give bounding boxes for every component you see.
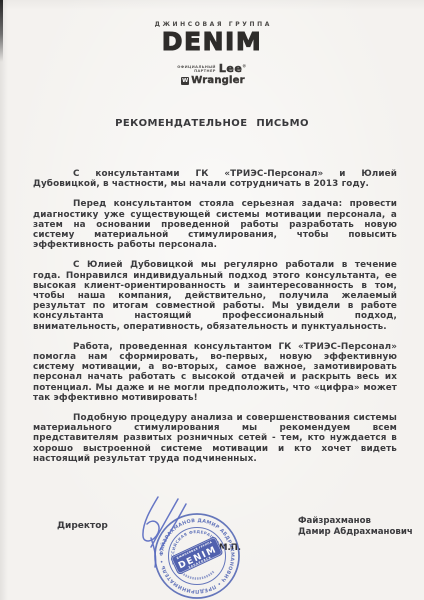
lee-registered-mark: ® xyxy=(242,63,247,68)
paragraph: Подобную процедуру анализа и совершенств… xyxy=(33,413,397,464)
wrangler-logo: W Wrangler xyxy=(181,76,245,86)
wrangler-logo-text: Wrangler xyxy=(191,76,245,86)
signer-name: Файзрахманов Дамир Абдрахманович xyxy=(298,516,413,538)
denim-logo: DENIM xyxy=(0,29,424,54)
lee-logo-text: Lee xyxy=(219,62,242,75)
signer-name-line2: Дамир Абдрахманович xyxy=(298,527,413,538)
paragraph: С консультантами ГК «ТРИЭС-Персонал» и Ю… xyxy=(33,169,397,189)
signer-name-line1: Файзрахманов xyxy=(298,516,413,527)
official-partner-line1: ОФИЦИАЛЬНЫЙ xyxy=(177,65,216,69)
letter-body: С консультантами ГК «ТРИЭС-Персонал» и Ю… xyxy=(33,169,397,464)
director-label: Директор xyxy=(57,521,108,531)
letterhead: ДЖИНСОВАЯ ГРУППА DENIM ОФИЦИАЛЬНЫЙ ПАРТН… xyxy=(0,0,424,86)
paragraph: С Юлией Дубовицкой мы регулярно работали… xyxy=(33,260,397,331)
official-partner-label: ОФИЦИАЛЬНЫЙ ПАРТНЕР xyxy=(177,65,216,73)
wrangler-flag-icon: W xyxy=(181,77,189,85)
letter-page: ДЖИНСОВАЯ ГРУППА DENIM ОФИЦИАЛЬНЫЙ ПАРТН… xyxy=(0,0,424,600)
director-signature xyxy=(118,489,200,575)
paragraph: Работа, проведенная консультантом ГК «ТР… xyxy=(33,342,397,403)
letter-title: РЕКОМЕНДАТЕЛЬНОЕ ПИСЬМО xyxy=(0,118,424,129)
official-partner-line2: ПАРТНЕР xyxy=(177,69,216,73)
scan-edge-artifact xyxy=(0,0,3,62)
lee-logo: Lee® xyxy=(219,63,247,74)
paragraph: Перед консультантом стояла серьезная зад… xyxy=(33,199,397,250)
partner-block: ОФИЦИАЛЬНЫЙ ПАРТНЕР Lee® W Wrangler xyxy=(0,63,424,86)
